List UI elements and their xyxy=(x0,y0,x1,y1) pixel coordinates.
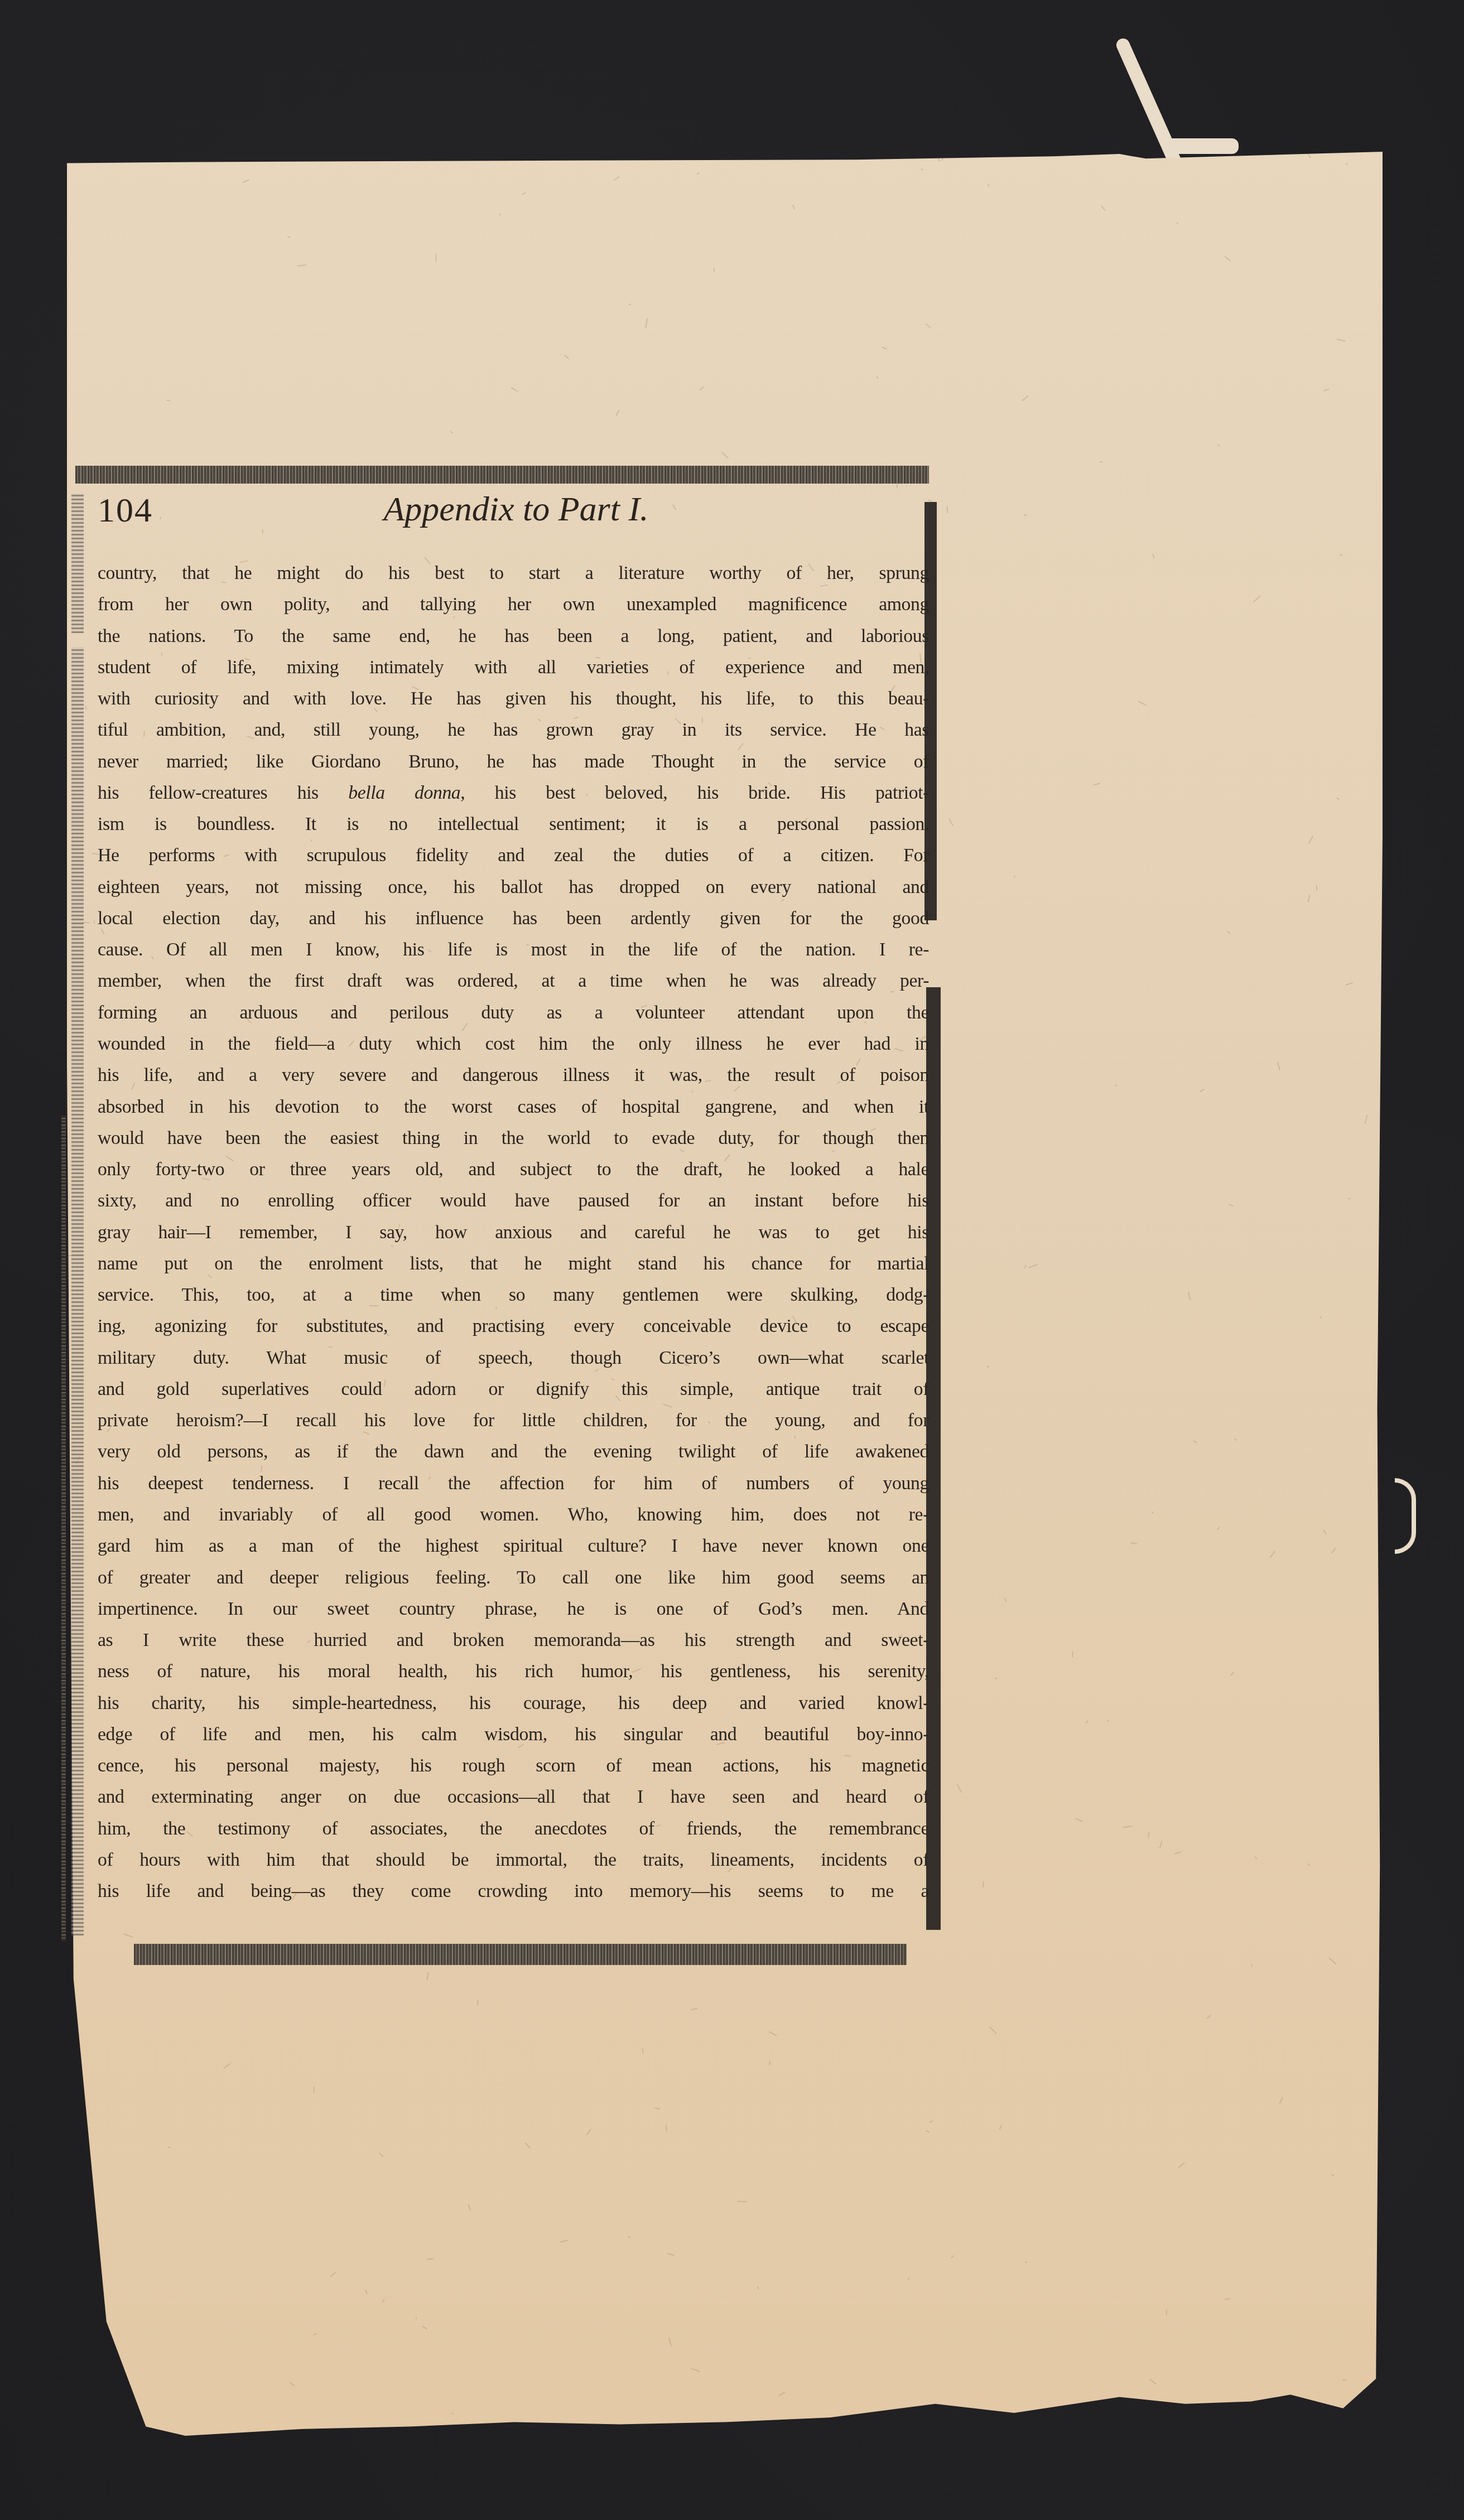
paper-fiber xyxy=(1115,1084,1118,1087)
text-line: would have been the easiest thing in the… xyxy=(98,1123,929,1154)
paper-fiber xyxy=(1149,2379,1157,2385)
paper-fiber xyxy=(769,2060,771,2065)
paper-thread-loop xyxy=(1395,1478,1416,1554)
paper-fiber xyxy=(427,2258,434,2260)
paper-fiber xyxy=(1320,1316,1322,1319)
paper-fiber xyxy=(1159,1841,1163,1848)
paper-fiber xyxy=(691,2368,700,2372)
text-line: his deepest tenderness. I recall the aff… xyxy=(98,1468,929,1499)
paper-fiber xyxy=(779,2392,786,2396)
paper-fiber xyxy=(564,355,569,360)
paper-fiber xyxy=(1174,1852,1181,1855)
text-line: ism is boundless. It is no intellectual … xyxy=(98,809,929,840)
top-border-rule xyxy=(75,466,929,484)
paper-fiber xyxy=(525,2142,531,2149)
paper-fiber xyxy=(1337,339,1346,341)
paper-fiber xyxy=(94,920,95,924)
paper-fiber xyxy=(1316,885,1317,891)
paper-fiber xyxy=(1206,2015,1211,2019)
text-line: name put on the enrolment lists, that he… xyxy=(98,1248,929,1280)
paper-fiber xyxy=(522,192,526,195)
text-line: forming an arduous and perilous duty as … xyxy=(98,997,929,1029)
paper-fiber xyxy=(956,1784,961,1793)
paper-fiber xyxy=(951,2255,954,2258)
paper-fiber xyxy=(560,2239,569,2242)
text-line: as I write these hurried and broken memo… xyxy=(98,1625,929,1656)
paper-fiber xyxy=(1188,1292,1191,1300)
text-line: with curiosity and with love. He has giv… xyxy=(98,683,929,715)
paper-fiber xyxy=(1345,982,1353,986)
paper-fiber xyxy=(987,184,990,187)
paper-fiber xyxy=(1346,162,1348,166)
paper-fiber xyxy=(449,431,452,434)
paper-fiber xyxy=(628,303,632,305)
text-line: of greater and deeper religious feeling.… xyxy=(98,1562,929,1594)
text-line: sixty, and no enrolling officer would ha… xyxy=(98,1185,929,1216)
paper-fiber xyxy=(330,2272,336,2277)
paper-fiber xyxy=(986,1365,989,1368)
paper-fiber xyxy=(1225,257,1231,262)
paper-fiber xyxy=(451,2413,454,2414)
paper-fiber xyxy=(714,268,715,272)
paper-fiber xyxy=(882,346,887,349)
text-line: of hours with him that should be immorta… xyxy=(98,1845,929,1876)
text-line: him, the testimony of associates, the an… xyxy=(98,1813,929,1845)
paper-torn-strip-base xyxy=(1166,138,1239,154)
paper-fiber xyxy=(1086,1720,1089,1724)
text-line: ing, agonizing for substitutes, and prac… xyxy=(98,1311,929,1342)
paper-fiber xyxy=(628,2236,631,2238)
paper-fiber xyxy=(1230,1672,1235,1676)
paper-fiber xyxy=(287,236,290,238)
text-line: He performs with scrupulous fidelity and… xyxy=(98,840,929,871)
text-line: men, and invariably of all good women. W… xyxy=(98,1499,929,1531)
text-line: gard him as a man of the highest spiritu… xyxy=(98,1531,929,1562)
paper-fiber xyxy=(876,376,879,379)
paper-fiber xyxy=(1323,1529,1327,1534)
paper-fiber xyxy=(614,176,620,181)
paper-fiber xyxy=(948,818,953,826)
paper-fiber xyxy=(1166,2310,1167,2315)
text-line: never married; like Giordano Bruno, he h… xyxy=(98,746,929,778)
left-outer-edge-rule xyxy=(61,1116,66,1941)
text-line: his fellow-creatures his bella donna, hi… xyxy=(98,778,929,809)
text-line: member, when the first draft was ordered… xyxy=(98,965,929,997)
paper-fiber xyxy=(1075,1818,1082,1822)
paper-fiber xyxy=(1340,554,1343,555)
text-line: wounded in the field—a duty which cost h… xyxy=(98,1029,929,1060)
paper-fiber xyxy=(1093,783,1100,785)
paper-fiber xyxy=(1323,388,1330,391)
paper-fiber xyxy=(499,213,502,216)
paper-fiber xyxy=(654,2107,660,2110)
paper-fiber xyxy=(297,264,306,267)
text-line: from her own polity, and tallying her ow… xyxy=(98,589,929,620)
paper-fiber xyxy=(1123,1826,1133,1828)
paper-fiber xyxy=(1152,554,1154,559)
paper-fiber xyxy=(983,1881,984,1887)
paper-fiber xyxy=(415,2317,417,2320)
paper-fiber xyxy=(123,1933,133,1938)
paper-fiber xyxy=(1253,595,1261,602)
bottom-border-rule xyxy=(134,1944,907,1965)
paper-fiber xyxy=(1022,395,1029,401)
paper-fiber xyxy=(1217,1527,1220,1530)
text-line: only forty-two or three years old, and s… xyxy=(98,1154,929,1185)
text-line: cence, his personal majesty, his rough s… xyxy=(98,1750,929,1782)
paper-fiber xyxy=(1227,930,1231,934)
paper-fiber xyxy=(1336,798,1340,800)
paper-fiber xyxy=(792,205,794,210)
paper-fiber xyxy=(1308,1863,1311,1866)
paper-fiber xyxy=(907,2277,909,2281)
paper-fiber xyxy=(1217,443,1220,446)
paper-fiber xyxy=(1331,2174,1335,2177)
left-border-rule-lower xyxy=(71,647,84,1935)
paper-fiber xyxy=(921,168,924,171)
paper-fiber xyxy=(668,2338,672,2347)
paper-fiber xyxy=(167,2147,170,2149)
paper-fiber xyxy=(615,409,619,416)
text-line: gray hair—I remember, I say, how anxious… xyxy=(98,1217,929,1248)
paper-fiber xyxy=(1308,895,1311,902)
text-line: edge of life and men, his calm wisdom, h… xyxy=(98,1719,929,1750)
text-line: his charity, his simple-heartedness, his… xyxy=(98,1688,929,1719)
paper-fiber xyxy=(929,2120,933,2123)
paper-fiber xyxy=(1106,1719,1109,1722)
text-line: his life and being—as they come crowding… xyxy=(98,1876,929,1907)
text-line: private heroism?—I recall his love for l… xyxy=(98,1405,929,1436)
paper-fiber xyxy=(642,2048,644,2054)
paper-fiber xyxy=(1308,836,1314,844)
paper-fiber xyxy=(737,2200,747,2202)
paper-fiber xyxy=(1024,1264,1027,1268)
italic-phrase: bella donna xyxy=(348,783,460,803)
text-line: tiful ambition, and, still young, he has… xyxy=(98,715,929,746)
paper-fiber xyxy=(1014,876,1015,878)
text-line: military duty. What music of speech, tho… xyxy=(98,1343,929,1374)
paper-fiber xyxy=(223,2063,231,2069)
paper-fiber xyxy=(242,179,249,184)
left-border-rule-upper xyxy=(71,494,84,633)
paper-fiber xyxy=(999,2125,1002,2130)
text-line: eighteen years, not missing once, his ba… xyxy=(98,872,929,903)
text-line: cause. Of all men I know, his life is mo… xyxy=(98,934,929,965)
paper-fiber xyxy=(926,323,931,328)
paper-fiber xyxy=(947,506,948,513)
paper-fiber xyxy=(1024,514,1027,516)
paper-fiber xyxy=(1028,1264,1038,1268)
paper-fiber xyxy=(989,2026,996,2034)
running-head: 104 Appendix to Part I. xyxy=(98,491,935,535)
text-line: and gold superlatives could adorn or dig… xyxy=(98,1374,929,1405)
paper-fiber xyxy=(1277,1062,1280,1071)
paper-fiber xyxy=(1331,1548,1336,1554)
paper-fiber xyxy=(1025,2261,1028,2263)
paper-fiber xyxy=(1348,1198,1351,1200)
text-line: absorbed in his devotion to the worst ca… xyxy=(98,1092,929,1123)
paper-fiber xyxy=(379,2152,384,2157)
paper-fiber xyxy=(1138,701,1147,706)
text-line: the nations. To the same end, he has bee… xyxy=(98,621,929,652)
paper-fiber xyxy=(646,318,648,328)
paper-fiber xyxy=(1270,1551,1276,1558)
paper-fiber xyxy=(1176,222,1179,224)
paper-fiber xyxy=(691,2007,697,2010)
paper-fiber xyxy=(1072,1651,1073,1657)
running-head-title: Appendix to Part I. xyxy=(98,490,935,529)
paper-fiber xyxy=(477,1999,479,2005)
paper-fiber xyxy=(1225,2298,1230,2300)
paper-fiber xyxy=(700,385,705,390)
paper-fiber xyxy=(313,2087,315,2093)
paper-fiber xyxy=(586,2129,591,2136)
body-text: country, that he might do his best to st… xyxy=(98,558,929,1907)
paper-fiber xyxy=(1279,2097,1283,2104)
paper-fiber xyxy=(436,253,437,262)
text-line: student of life, mixing intimately with … xyxy=(98,652,929,683)
text-line: ness of nature, his moral health, his ri… xyxy=(98,1656,929,1687)
paper-fiber xyxy=(1254,1856,1258,1860)
paper-fiber xyxy=(667,2253,675,2256)
paper-fiber xyxy=(768,2031,777,2036)
paper-fiber xyxy=(426,1972,429,1980)
paper-fiber xyxy=(1308,154,1311,158)
paper-fiber xyxy=(1365,1115,1368,1124)
paper-fiber xyxy=(1329,1957,1337,1964)
paper-fiber xyxy=(1200,1088,1205,1092)
paper-fiber xyxy=(85,706,88,709)
paper-fiber xyxy=(1130,1542,1137,1544)
text-line: his life, and a very severe and dangerou… xyxy=(98,1060,929,1091)
paper-fiber xyxy=(1342,2379,1347,2381)
paper-fiber xyxy=(166,399,170,401)
paper-fiber xyxy=(468,2204,471,2211)
paper-fiber xyxy=(721,452,729,459)
paper-fiber xyxy=(1148,1832,1149,1839)
paper-fiber xyxy=(1152,1512,1154,1514)
paper-fiber xyxy=(1004,1597,1007,1602)
paper-fiber xyxy=(1193,1440,1197,1444)
text-line: very old persons, as if the dawn and the… xyxy=(98,1436,929,1467)
text-line: and exterminating anger on due occasions… xyxy=(98,1782,929,1813)
paper-fiber xyxy=(290,2382,295,2386)
paper-fiber xyxy=(422,2325,427,2329)
paper-fiber xyxy=(1234,1438,1237,1441)
text-line: service. This, too, at a time when so ma… xyxy=(98,1280,929,1311)
text-line: local election day, and his influence ha… xyxy=(98,903,929,934)
paper-fiber xyxy=(1101,205,1106,211)
paper-fiber xyxy=(665,2124,667,2131)
paper-fiber xyxy=(511,387,518,392)
paper-fiber xyxy=(696,172,700,175)
paper-fiber xyxy=(926,2130,930,2133)
paper-fiber xyxy=(381,2299,384,2302)
paper-fiber xyxy=(365,2290,368,2295)
text-line: impertinence. In our sweet country phras… xyxy=(98,1594,929,1625)
paper-fiber xyxy=(1178,2162,1185,2169)
paper-fiber xyxy=(1099,461,1102,462)
paper-fiber xyxy=(313,2333,317,2335)
text-line: country, that he might do his best to st… xyxy=(98,558,929,589)
paper-fiber xyxy=(994,1677,997,1679)
paper-fiber xyxy=(1229,1204,1234,1206)
paper-fiber xyxy=(757,2286,759,2290)
paper-fiber xyxy=(1251,1964,1253,1967)
